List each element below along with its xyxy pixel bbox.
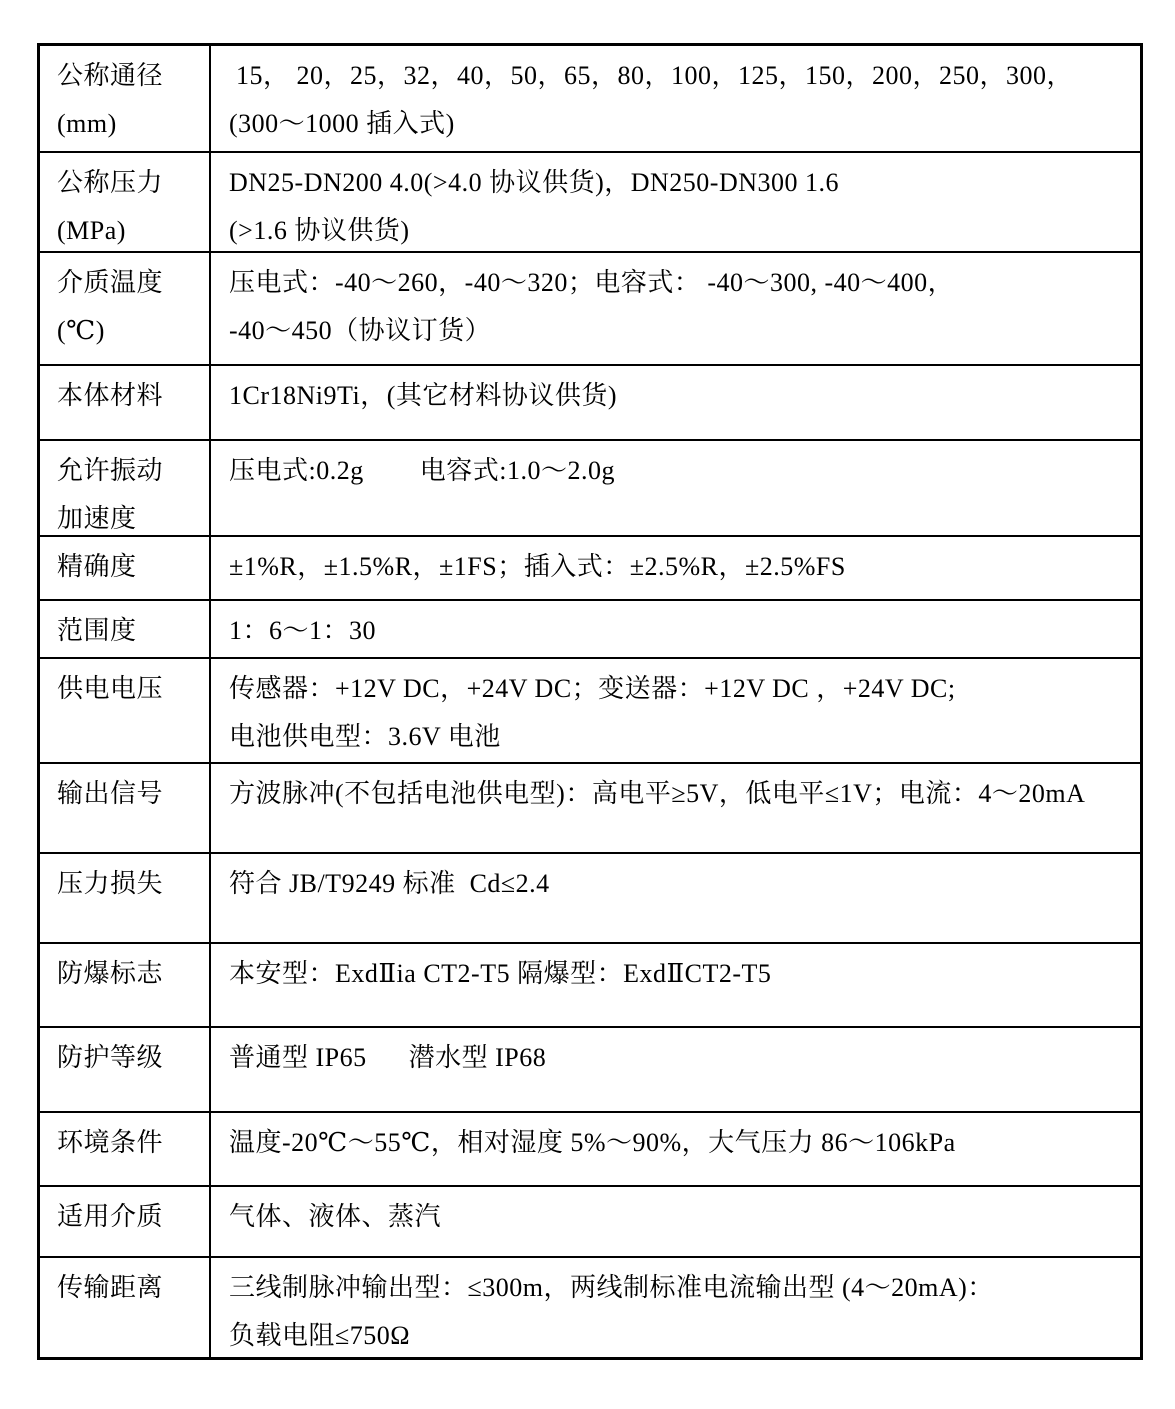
spec-label-cell: 传输距离 xyxy=(40,1258,211,1357)
spec-value-text: 气体、液体、蒸汽 xyxy=(229,1193,1128,1241)
spec-label-text: 传输距离 xyxy=(57,1264,203,1312)
spec-label-cell: 防爆标志 xyxy=(40,944,211,1026)
spec-label-cell: 允许振动 加速度 xyxy=(40,441,211,535)
spec-value-cell: 15， 20，25，32，40，50，65，80，100，125，150，200… xyxy=(211,46,1140,151)
table-row: 传输距离 三线制脉冲输出型：≤300m，两线制标准电流输出型 (4～20mA)：… xyxy=(40,1258,1140,1357)
spec-label-cell: 输出信号 xyxy=(40,764,211,852)
table-row: 环境条件 温度-20℃～55℃，相对湿度 5%～90%，大气压力 86～106k… xyxy=(40,1113,1140,1187)
spec-value-text: 负载电阻≤750Ω xyxy=(229,1312,1128,1357)
spec-label-text: 允许振动 xyxy=(57,447,203,495)
table-row: 允许振动 加速度 压电式:0.2g 电容式:1.0～2.0g xyxy=(40,441,1140,537)
spec-label-text: (℃) xyxy=(57,307,203,355)
table-row: 输出信号 方波脉冲(不包括电池供电型)：高电平≥5V，低电平≤1V；电流：4～2… xyxy=(40,764,1140,854)
table-row: 精确度 ±1%R，±1.5%R，±1FS；插入式：±2.5%R，±2.5%FS xyxy=(40,537,1140,601)
spec-value-text: (>1.6 协议供货) xyxy=(229,207,1128,251)
table-row: 公称压力 (MPa) DN25-DN200 4.0(>4.0 协议供货)，DN2… xyxy=(40,153,1140,253)
spec-value-cell: 普通型 IP65 潜水型 IP68 xyxy=(211,1028,1140,1111)
spec-label-cell: 介质温度 (℃) xyxy=(40,253,211,364)
spec-value-cell: ±1%R，±1.5%R，±1FS；插入式：±2.5%R，±2.5%FS xyxy=(211,537,1140,599)
table-row: 介质温度 (℃) 压电式：-40～260，-40～320；电容式： -40～30… xyxy=(40,253,1140,366)
spec-label-cell: 公称通径 (mm) xyxy=(40,46,211,151)
spec-value-cell: 方波脉冲(不包括电池供电型)：高电平≥5V，低电平≤1V；电流：4～20mA xyxy=(211,764,1140,852)
table-row: 防护等级 普通型 IP65 潜水型 IP68 xyxy=(40,1028,1140,1113)
spec-label-cell: 适用介质 xyxy=(40,1187,211,1256)
spec-value-text: 1：6～1：30 xyxy=(229,607,1128,655)
spec-value-text: 普通型 IP65 潜水型 IP68 xyxy=(229,1034,1128,1082)
spec-value-text: 1Cr18Ni9Ti，(其它材料协议供货) xyxy=(229,372,1128,420)
spec-label-cell: 精确度 xyxy=(40,537,211,599)
spec-value-text: 电池供电型：3.6V 电池 xyxy=(229,713,1128,761)
spec-value-cell: 1：6～1：30 xyxy=(211,601,1140,657)
spec-value-text: -40～450（协议订货） xyxy=(229,307,1128,355)
spec-value-cell: 压电式:0.2g 电容式:1.0～2.0g xyxy=(211,441,1140,535)
spec-value-text: 温度-20℃～55℃，相对湿度 5%～90%，大气压力 86～106kPa xyxy=(229,1119,1128,1167)
spec-value-cell: 符合 JB/T9249 标准 Cd≤2.4 xyxy=(211,854,1140,942)
spec-label-text: 压力损失 xyxy=(57,860,203,908)
spec-value-cell: 温度-20℃～55℃，相对湿度 5%～90%，大气压力 86～106kPa xyxy=(211,1113,1140,1185)
table-row: 本体材料 1Cr18Ni9Ti，(其它材料协议供货) xyxy=(40,366,1140,441)
spec-label-text: 加速度 xyxy=(57,495,203,535)
spec-label-cell: 环境条件 xyxy=(40,1113,211,1185)
spec-label-cell: 供电电压 xyxy=(40,659,211,762)
spec-value-cell: DN25-DN200 4.0(>4.0 协议供货)，DN250-DN300 1.… xyxy=(211,153,1140,251)
spec-value-text: 本安型：ExdⅡia CT2-T5 隔爆型：ExdⅡCT2-T5 xyxy=(229,950,1128,998)
spec-label-text: 输出信号 xyxy=(57,770,203,818)
spec-label-text: 适用介质 xyxy=(57,1193,203,1241)
spec-label-text: 防护等级 xyxy=(57,1034,203,1082)
spec-label-text: 环境条件 xyxy=(57,1119,203,1167)
spec-label-text: (MPa) xyxy=(57,207,203,251)
spec-value-text: 压电式：-40～260，-40～320；电容式： -40～300, -40～40… xyxy=(229,259,1128,307)
table-row: 范围度 1：6～1：30 xyxy=(40,601,1140,659)
spec-label-text: 公称通径 xyxy=(57,52,203,100)
spec-value-text: 压电式:0.2g 电容式:1.0～2.0g xyxy=(229,447,1128,495)
spec-value-text: 15， 20，25，32，40，50，65，80，100，125，150，200… xyxy=(229,52,1128,100)
spec-value-text: 三线制脉冲输出型：≤300m，两线制标准电流输出型 (4～20mA)： xyxy=(229,1264,1128,1312)
spec-value-cell: 压电式：-40～260，-40～320；电容式： -40～300, -40～40… xyxy=(211,253,1140,364)
spec-label-cell: 本体材料 xyxy=(40,366,211,439)
table-row: 供电电压 传感器：+12V DC，+24V DC；变送器：+12V DC ，+2… xyxy=(40,659,1140,764)
spec-value-cell: 气体、液体、蒸汽 xyxy=(211,1187,1140,1256)
table-row: 压力损失 符合 JB/T9249 标准 Cd≤2.4 xyxy=(40,854,1140,944)
spec-value-cell: 三线制脉冲输出型：≤300m，两线制标准电流输出型 (4～20mA)： 负载电阻… xyxy=(211,1258,1140,1357)
spec-value-text: (300～1000 插入式) xyxy=(229,100,1128,148)
spec-label-text: 防爆标志 xyxy=(57,950,203,998)
spec-value-cell: 传感器：+12V DC，+24V DC；变送器：+12V DC ，+24V DC… xyxy=(211,659,1140,762)
spec-label-text: 介质温度 xyxy=(57,259,203,307)
table-row: 公称通径 (mm) 15， 20，25，32，40，50，65，80，100，1… xyxy=(40,46,1140,153)
spec-label-text: 本体材料 xyxy=(57,372,203,420)
spec-label-text: 范围度 xyxy=(57,607,203,655)
table-row: 防爆标志 本安型：ExdⅡia CT2-T5 隔爆型：ExdⅡCT2-T5 xyxy=(40,944,1140,1028)
spec-label-cell: 范围度 xyxy=(40,601,211,657)
spec-label-cell: 防护等级 xyxy=(40,1028,211,1111)
spec-label-cell: 公称压力 (MPa) xyxy=(40,153,211,251)
spec-value-text: ±1%R，±1.5%R，±1FS；插入式：±2.5%R，±2.5%FS xyxy=(229,543,1128,591)
table-row: 适用介质 气体、液体、蒸汽 xyxy=(40,1187,1140,1258)
spec-value-cell: 1Cr18Ni9Ti，(其它材料协议供货) xyxy=(211,366,1140,439)
document-page: 公称通径 (mm) 15， 20，25，32，40，50，65，80，100，1… xyxy=(0,0,1175,1409)
spec-label-text: 精确度 xyxy=(57,543,203,591)
spec-label-cell: 压力损失 xyxy=(40,854,211,942)
spec-label-text: 供电电压 xyxy=(57,665,203,713)
spec-label-text: 公称压力 xyxy=(57,159,203,207)
spec-value-text: 方波脉冲(不包括电池供电型)：高电平≥5V，低电平≤1V；电流：4～20mA xyxy=(229,770,1128,818)
spec-value-text: 传感器：+12V DC，+24V DC；变送器：+12V DC ，+24V DC… xyxy=(229,665,1128,713)
spec-label-text: (mm) xyxy=(57,100,203,148)
spec-value-text: DN25-DN200 4.0(>4.0 协议供货)，DN250-DN300 1.… xyxy=(229,159,1128,207)
spec-table: 公称通径 (mm) 15， 20，25，32，40，50，65，80，100，1… xyxy=(37,43,1143,1360)
spec-value-cell: 本安型：ExdⅡia CT2-T5 隔爆型：ExdⅡCT2-T5 xyxy=(211,944,1140,1026)
spec-value-text: 符合 JB/T9249 标准 Cd≤2.4 xyxy=(229,860,1128,908)
